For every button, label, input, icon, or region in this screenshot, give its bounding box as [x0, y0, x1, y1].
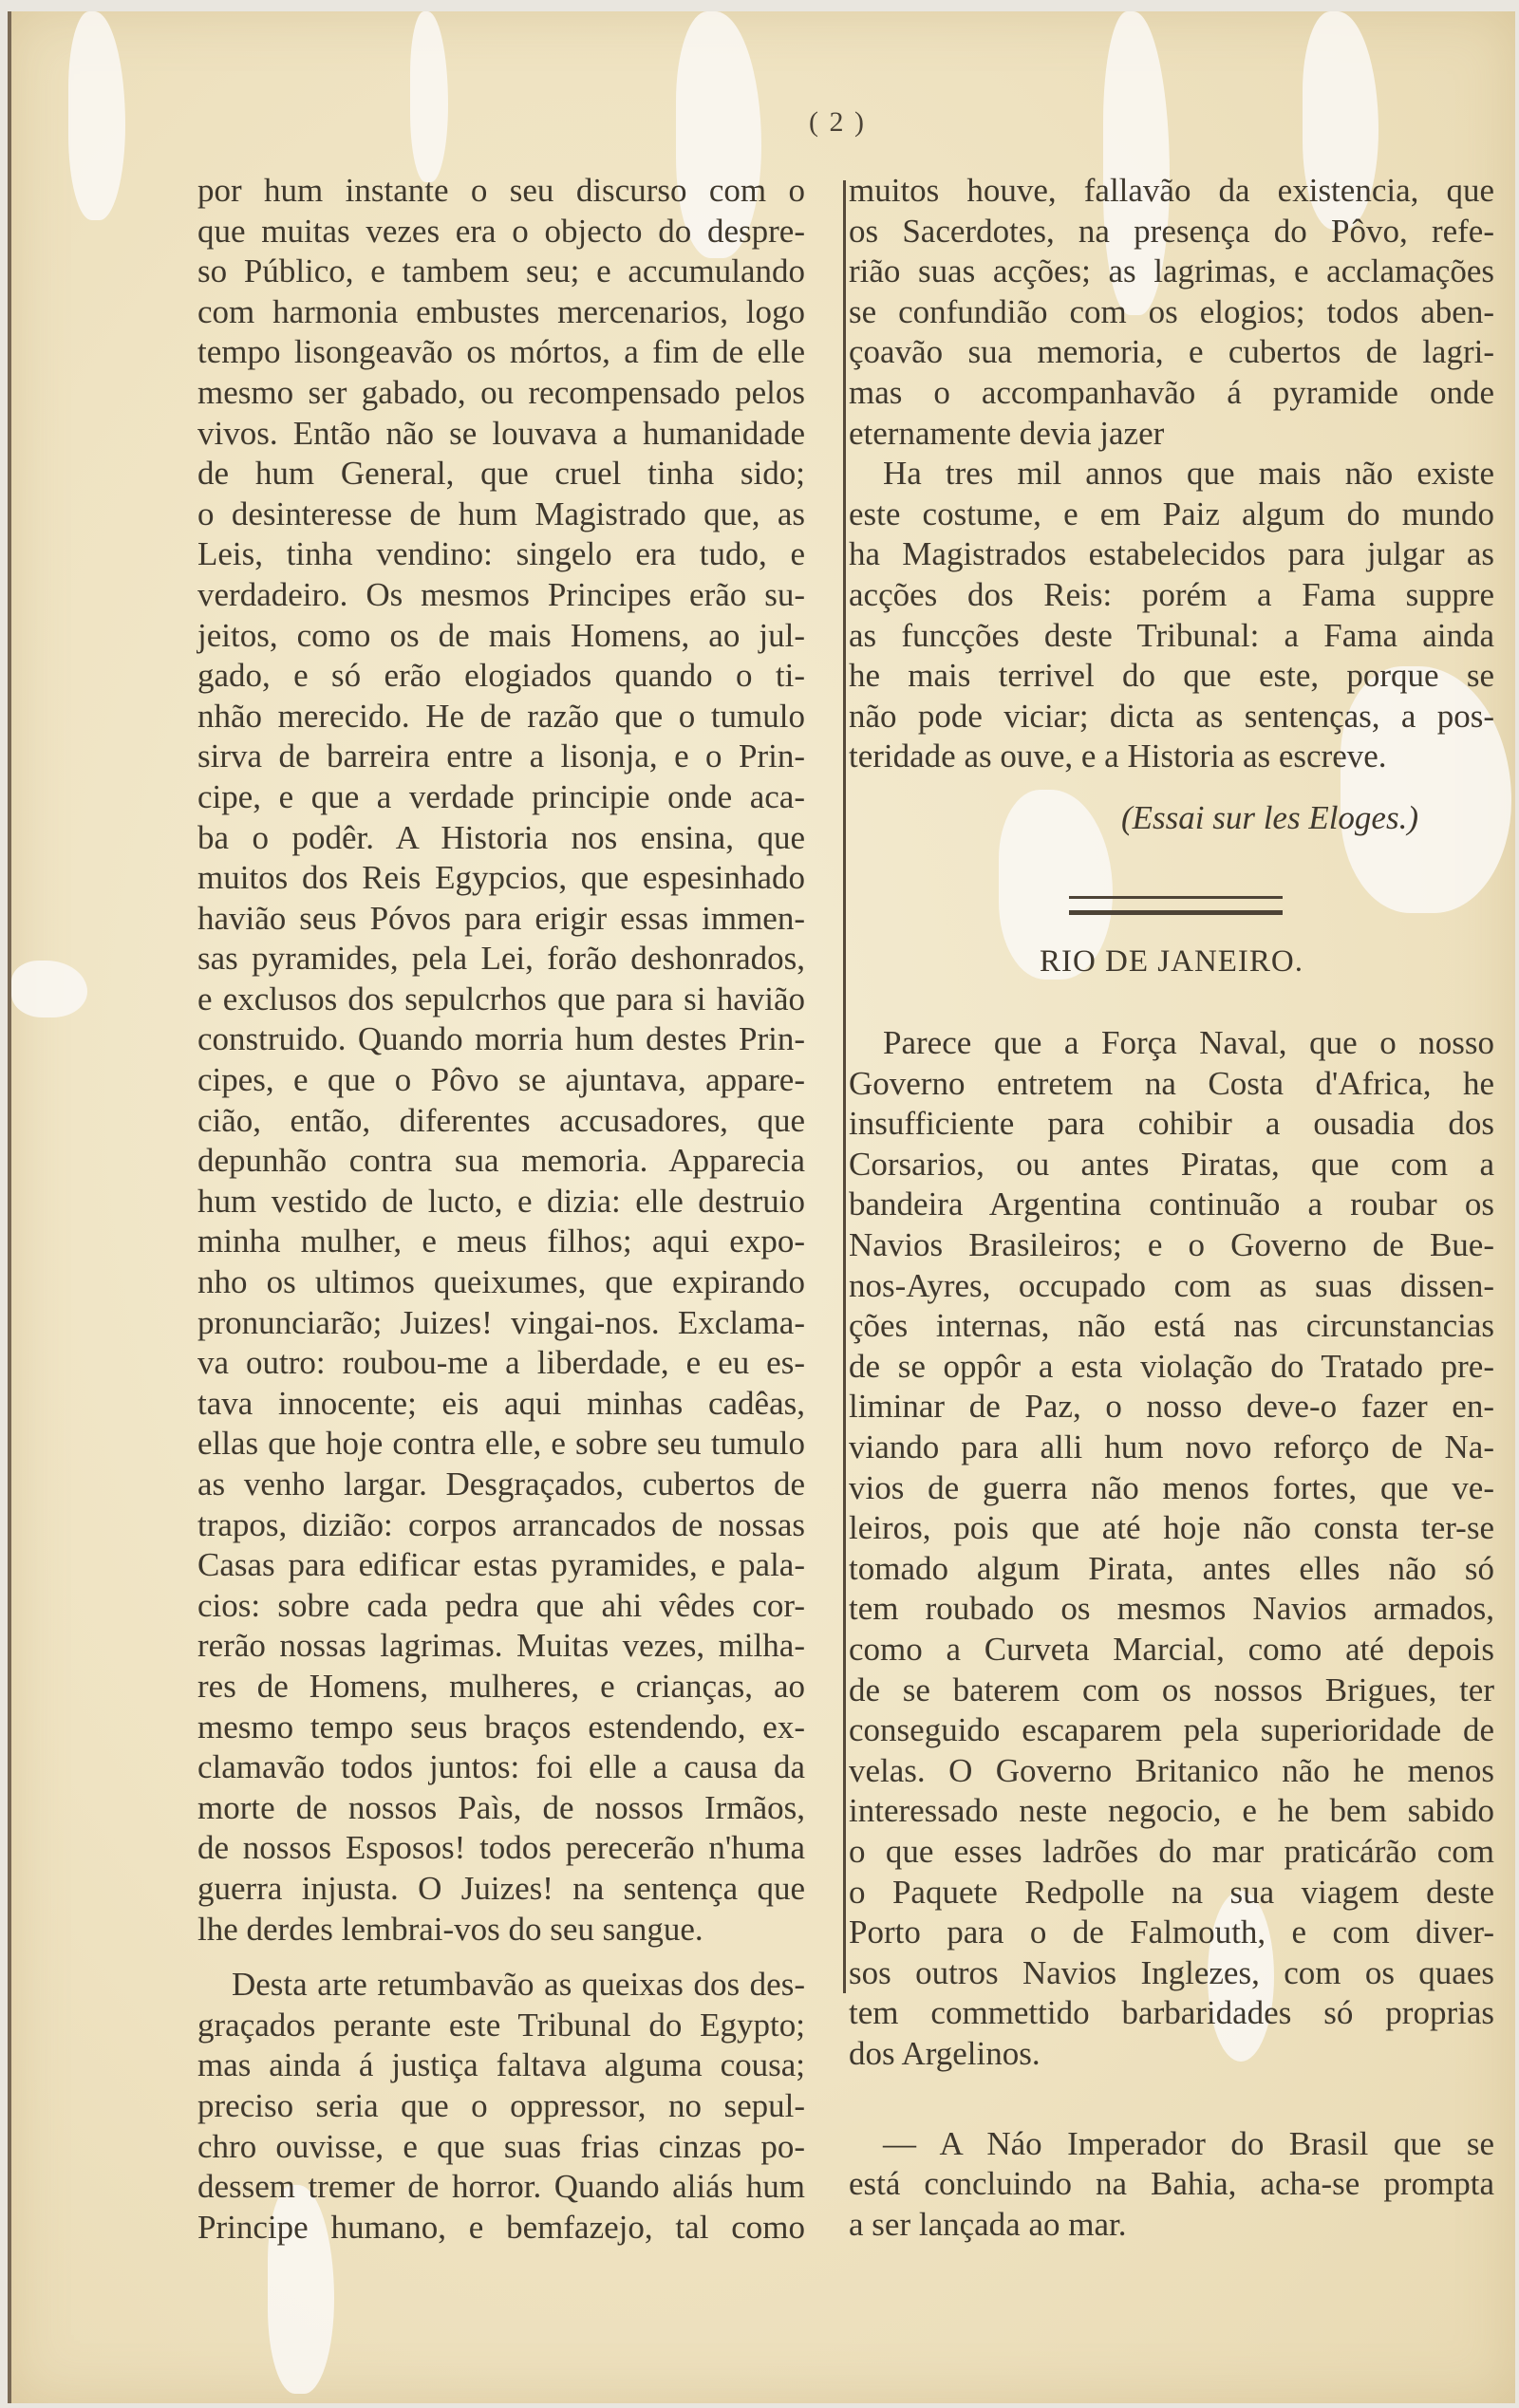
text-line: Desta arte retumbavão as queixas dos des… — [197, 1965, 805, 2006]
text-line: guerra injusta. O Juizes! na sentença qu… — [197, 1869, 805, 1910]
text-line: gado, e só erão elogiados quando o ti- — [197, 656, 805, 697]
text-line: sas pyramides, pela Lei, forão deshonrad… — [197, 939, 805, 980]
text-line: se confundião com os elogios; todos aben… — [849, 292, 1494, 333]
text-line: de se oppôr a esta violação do Tratado p… — [849, 1347, 1494, 1388]
text-line: Corsarios, ou antes Piratas, que com a — [849, 1145, 1494, 1185]
text-line: viando para alli hum novo reforço de Na- — [849, 1428, 1494, 1468]
text-line: pronunciarão; Juizes! vingai-nos. Exclam… — [197, 1303, 805, 1344]
text-line: cipe, e que a verdade principie onde aca… — [197, 777, 805, 818]
text-line: cios: sobre cada pedra que ahi vêdes cor… — [197, 1586, 805, 1627]
text-line: Leis, tinha vendino: singelo era tudo, e — [197, 534, 805, 575]
text-line: vios de guerra não menos fortes, que ve- — [849, 1468, 1494, 1509]
page-number: ( 2 ) — [809, 106, 866, 139]
text-line: va outro: roubou-me a liberdade, e eu es… — [197, 1343, 805, 1384]
text-line: conseguido escaparem pela superioridade … — [849, 1710, 1494, 1751]
text-line: chro ouvisse, e que suas frias cinzas po… — [197, 2127, 805, 2168]
text-line: eternamente devia jazer — [849, 414, 1494, 455]
text-line: construido. Quando morria hum destes Pri… — [197, 1019, 805, 1060]
text-line: bandeira Argentina continuão a roubar os — [849, 1185, 1494, 1225]
text-line: sos outros Navios Inglezes, com os quaes — [849, 1953, 1494, 1994]
text-line: de se baterem com os nossos Brigues, ter — [849, 1671, 1494, 1711]
text-line: ellas que hoje contra elle, e sobre seu … — [197, 1424, 805, 1465]
text-line: acções dos Reis: porém a Fama suppre — [849, 575, 1494, 616]
text-line: dessem tremer de horror. Quando aliás hu… — [197, 2167, 805, 2208]
text-line: e exclusos dos sepulcrhos que para si ha… — [197, 980, 805, 1020]
text-line: mas o accompanhavão á pyramide onde — [849, 373, 1494, 414]
text-line: so Público, e tambem seu; e accumulando — [197, 252, 805, 292]
text-line: trapos, dizião: corpos arrancados de nos… — [197, 1505, 805, 1546]
text-line: de nossos Esposos! todos perecerão n'hum… — [197, 1828, 805, 1869]
text-line: res de Homens, mulheres, e crianças, ao — [197, 1667, 805, 1708]
text-line: a ser lançada ao mar. — [849, 2205, 1494, 2246]
text-line: clamavão todos juntos: foi elle a causa … — [197, 1747, 805, 1788]
text-line: nho os ultimos queixumes, que expirando — [197, 1262, 805, 1303]
text-line: mas ainda á justiça faltava alguma cousa… — [197, 2045, 805, 2086]
right-column: muitos houve, fallavão da existencia, qu… — [849, 171, 1494, 2245]
text-line: teridade as ouve, e a Historia as escrev… — [849, 737, 1494, 777]
text-line: cião, então, diferentes accusadores, que — [197, 1101, 805, 1142]
text-line: Porto para o de Falmouth, e com diver- — [849, 1913, 1494, 1953]
text-line: interessado neste negocio, e he bem sabi… — [849, 1791, 1494, 1832]
text-line: rião suas acções; as lagrimas, e acclama… — [849, 252, 1494, 292]
text-line: — A Náo Imperador do Brasil que se — [849, 2124, 1494, 2165]
text-line: jeitos, como os de mais Homens, ao jul- — [197, 616, 805, 657]
text-line: depunhão contra sua memoria. Apparecia — [197, 1141, 805, 1182]
paper-damage — [11, 961, 87, 1017]
text-line: o que esses ladrões do mar praticárão co… — [849, 1832, 1494, 1873]
text-line: tava innocente; eis aqui minhas cadêas, — [197, 1384, 805, 1425]
text-line: leiros, pois que até hoje não consta ter… — [849, 1508, 1494, 1549]
text-line: dos Argelinos. — [849, 2034, 1494, 2075]
text-line: velas. O Governo Britanico não he menos — [849, 1751, 1494, 1792]
text-line: he mais terrivel do que este, porque se — [849, 656, 1494, 697]
text-line: mesmo tempo seus braços estendendo, ex- — [197, 1708, 805, 1748]
newspaper-page: ( 2 ) por hum instante o seu discurso co… — [8, 11, 1515, 2403]
left-column: por hum instante o seu discurso com o qu… — [197, 171, 805, 2248]
text-line: Casas para edificar estas pyramides, e p… — [197, 1545, 805, 1586]
text-line: Governo entretem na Costa d'Africa, he — [849, 1064, 1494, 1105]
text-line: Principe humano, e bemfazejo, tal como — [197, 2208, 805, 2249]
source-citation: (Essai sur les Eloges.) — [849, 798, 1494, 839]
text-line: Parece que a Força Naval, que o nosso — [849, 1023, 1494, 1064]
text-line: preciso seria que o oppressor, no sepul- — [197, 2086, 805, 2127]
text-line: rerão nossas lagrimas. Muitas vezes, mil… — [197, 1626, 805, 1667]
section-separator — [1069, 896, 1283, 915]
text-line: Navios Brasileiros; e o Governo de Bue- — [849, 1225, 1494, 1266]
text-line: tem roubado os mesmos Navios armados, — [849, 1589, 1494, 1630]
text-line: graçados perante este Tribunal do Egypto… — [197, 2006, 805, 2046]
text-line: nos-Ayres, occupado com as suas dissen- — [849, 1266, 1494, 1307]
text-line: nhão merecido. He de razão que o tumulo — [197, 697, 805, 737]
text-line: com harmonia embustes mercenarios, logo — [197, 292, 805, 333]
paper-damage — [68, 11, 125, 220]
text-line: hum vestido de lucto, e dizia: elle dest… — [197, 1182, 805, 1223]
text-line: o Paquete Redpolle na sua viagem deste — [849, 1873, 1494, 1913]
text-line: sirva de barreira entre a lisonja, e o P… — [197, 737, 805, 777]
text-line: de hum General, que cruel tinha sido; — [197, 454, 805, 495]
text-line: as venho largar. Desgraçados, cubertos d… — [197, 1465, 805, 1505]
column-divider — [843, 180, 846, 1993]
text-line: muitos dos Reis Egypcios, que espesinhad… — [197, 858, 805, 899]
text-line: não pode viciar; dicta as sentenças, a p… — [849, 697, 1494, 737]
text-line: este costume, e em Paiz algum do mundo — [849, 495, 1494, 535]
text-line: tempo lisongeavão os mórtos, a fim de el… — [197, 332, 805, 373]
text-line: mesmo ser gabado, ou recompensado pelos — [197, 373, 805, 414]
text-line: ba o podêr. A Historia nos ensina, que — [197, 818, 805, 859]
text-line: os Sacerdotes, na presença do Pôvo, refe… — [849, 212, 1494, 252]
text-line: ções internas, não está nas circunstanci… — [849, 1306, 1494, 1347]
section-heading: RIO DE JANEIRO. — [849, 942, 1494, 982]
text-line: que muitas vezes era o objecto do despre… — [197, 212, 805, 252]
text-line: cipes, e que o Pôvo se ajuntava, appare- — [197, 1060, 805, 1101]
text-line: insufficiente para cohibir a ousadia dos — [849, 1104, 1494, 1145]
text-line: como a Curveta Marcial, como até depois — [849, 1630, 1494, 1671]
text-line: çoavão sua memoria, e cubertos de lagri- — [849, 332, 1494, 373]
text-line: o desinteresse de hum Magistrado que, as — [197, 495, 805, 535]
text-line: liminar de Paz, o nosso deve-o fazer en- — [849, 1387, 1494, 1428]
text-line: verdadeiro. Os mesmos Principes erão su- — [197, 575, 805, 616]
paper-damage — [410, 11, 448, 182]
text-line: minha mulher, e meus filhos; aqui expo- — [197, 1222, 805, 1262]
text-line: Ha tres mil annos que mais não existe — [849, 454, 1494, 495]
text-line: está concluindo na Bahia, acha-se prompt… — [849, 2164, 1494, 2205]
text-line: havião seus Póvos para erigir essas imme… — [197, 899, 805, 940]
text-line: tomado algum Pirata, antes elles não só — [849, 1549, 1494, 1590]
text-line: tem commettido barbaridades só proprias — [849, 1993, 1494, 2034]
text-line: por hum instante o seu discurso com o — [197, 171, 805, 212]
text-line: morte de nossos Paìs, de nossos Irmãos, — [197, 1788, 805, 1829]
text-line: muitos houve, fallavão da existencia, qu… — [849, 171, 1494, 212]
text-line: as funcções deste Tribunal: a Fama ainda — [849, 616, 1494, 657]
text-line: lhe derdes lembrai-vos do seu sangue. — [197, 1910, 805, 1951]
text-line: ha Magistrados estabelecidos para julgar… — [849, 534, 1494, 575]
text-line: vivos. Então não se louvava a humanidade — [197, 414, 805, 455]
